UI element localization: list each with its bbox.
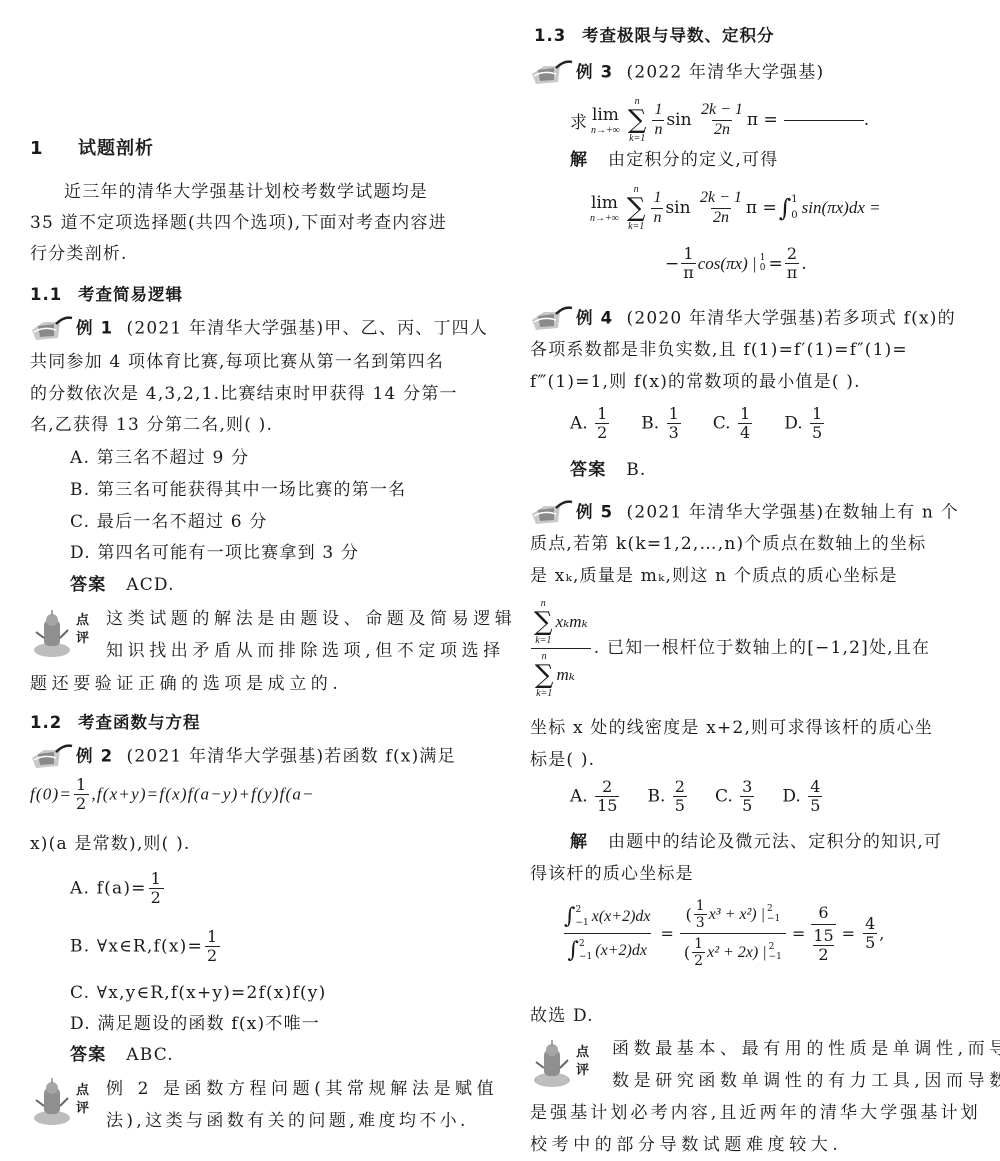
scroll-quill-icon [530,500,574,526]
example-5-line: 质点,若第 k(k=1,2,…,n)个质点在数轴上的坐标 [530,536,926,553]
example-5-line: 标是( ). [530,752,595,769]
commentary-figure-icon [530,1040,580,1090]
answer-1: 答案 ACD. [70,577,175,594]
comment-3-line: 数是研究函数单调性的有力工具,因而导数 [612,1073,1000,1090]
example-1-header: 例 1 (2021 年清华大学强基)甲、乙、丙、丁四人 [30,316,488,342]
option-d: D. 第四名可能有一项比赛拿到 3 分 [70,545,359,562]
solution-3-result: − 1π cos(πx) | 10 = 2π . [665,245,807,283]
subsection-1-1: 1.1考查简易逻辑 [30,281,183,305]
comment-3-line: 校考中的部分导数试题难度较大. [530,1137,842,1154]
solution-5-equation: ∫ 2−1 x(x+2)dx ∫ 2−1 (x+2)dx = (13 x³ + … [560,898,884,969]
option-b: B. ∀x∈R,f(x)=12 [70,928,222,966]
example-4-header: 例 4 (2020 年清华大学强基)若多项式 f(x)的 [530,306,956,332]
comment-3-line: 函数最基本、最有用的性质是单调性,而导 [612,1041,1000,1058]
example-2-line: f(0)=12,f(x+y)=f(x)f(a−y)+f(y)f(a− [30,776,315,814]
center-of-mass-formula: n∑k=1 xₖmₖ n∑k=1 mₖ . 已知一根杆位于数轴上的[−1,2]处… [530,598,930,699]
example-1-line: 名,乙获得 13 分第二名,则( ). [30,417,273,434]
option-b: B. 25 [647,778,689,816]
commentary-figure-icon [30,610,80,660]
answer-2: 答案 ABC. [70,1047,174,1064]
solution-5: 解 由题中的结论及微元法、定积分的知识,可 [570,834,942,851]
option-d: D. 15 [784,405,826,443]
comment-1-line: 这类试题的解法是由题设、命题及简易逻辑 [106,611,516,628]
comment-1-line: 知识找出矛盾从而排除选项,但不定项选择 [106,643,505,660]
option-a: A. 215 [570,778,621,816]
example-2-line: x)(a 是常数),则( ). [30,836,191,853]
answer-blank [784,119,864,121]
example-5-line: 坐标 x 处的线密度是 x+2,则可求得该杆的质心坐 [530,720,933,737]
commentary-figure-icon [30,1078,80,1128]
example-3-header: 例 3 (2022 年清华大学强基) [530,60,824,86]
example-5-line: 是 xₖ,质量是 mₖ,则这 n 个质点的质心坐标是 [530,568,898,585]
subsection-1-3: 1.3考查极限与导数、定积分 [534,22,775,46]
example-1-line: 共同参加 4 项体育比赛,每项比赛从第一名到第四名 [30,354,444,371]
commentary-label: 点 评 [576,1044,592,1080]
option-d: D. 满足题设的函数 f(x)不唯一 [70,1016,320,1033]
solution-3-equation: lim n→+∞ n ∑ k=1 1n sin 2k − 12n π = ∫ 1… [590,184,881,232]
intro-line-1: 近三年的清华大学强基计划校考数学试题均是 [64,184,428,201]
option-d: D. 45 [782,778,824,816]
example-1-line: 的分数依次是 4,3,2,1.比赛结束时甲获得 14 分第一 [30,386,458,403]
scroll-quill-icon [530,60,574,86]
intro-line-3: 行分类剖析. [30,246,128,263]
fraction: 12 [74,776,89,814]
fraction: 12 [205,928,220,966]
option-a: A. 12 [570,405,611,443]
option-b: B. 13 [641,405,683,443]
scroll-quill-icon [30,316,74,342]
example-4-line: f‴(1)=1,则 f(x)的常数项的最小值是( ). [530,374,861,391]
option-c: C. 35 [715,778,756,816]
option-c: C. ∀x,y∈R,f(x+y)=2f(x)f(y) [70,985,326,1002]
option-b: B. 第三名可能获得其中一场比赛的第一名 [70,482,406,499]
example-2-header: 例 2 (2021 年清华大学强基)若函数 f(x)满足 [30,744,456,770]
answer-4: 答案 B. [570,462,647,479]
sum-symbol: n ∑ k=1 [628,96,647,144]
solution-3: 解 由定积分的定义,可得 [570,152,778,169]
option-a: A. f(a)=12 [70,870,166,908]
example-5-options: A. 215 B. 25 C. 35 D. 45 [570,778,824,816]
intro-line-2: 35 道不定项选择题(共四个选项),下面对考查内容进 [30,215,447,232]
comment-2-line: 例 2 是函数方程问题(其常规解法是赋值 [106,1081,498,1098]
example-3-question: 求 lim n→+∞ n ∑ k=1 1n sin 2k − 12n π = . [570,96,869,144]
comment-3-line: 是强基计划必考内容,且近两年的清华大学强基计划 [530,1105,981,1122]
scroll-quill-icon [30,744,74,770]
commentary-label: 点 评 [76,612,92,648]
example-4-line: 各项系数都是非负实数,且 f(1)=f′(1)=f″(1)= [530,342,908,359]
solution-5-line: 得该杆的质心坐标是 [530,866,694,883]
scroll-quill-icon [530,306,574,332]
section-title: 1试题剖析 [30,134,154,160]
fraction: 12 [149,870,164,908]
option-c: C. 最后一名不超过 6 分 [70,514,268,531]
option-a: A. 第三名不超过 9 分 [70,450,249,467]
example-4-options: A. 12 B. 13 C. 14 D. 15 [570,405,826,443]
option-c: C. 14 [713,405,754,443]
subsection-1-2: 1.2考查函数与方程 [30,709,201,733]
comment-1-line: 题还要验证正确的选项是成立的. [30,676,342,693]
example-5-header: 例 5 (2021 年清华大学强基)在数轴上有 n 个 [530,500,959,526]
conclusion-5: 故选 D. [530,1008,594,1025]
comment-2-line: 法),这类与函数有关的问题,难度均不小. [106,1113,469,1130]
commentary-label: 点 评 [76,1082,92,1118]
